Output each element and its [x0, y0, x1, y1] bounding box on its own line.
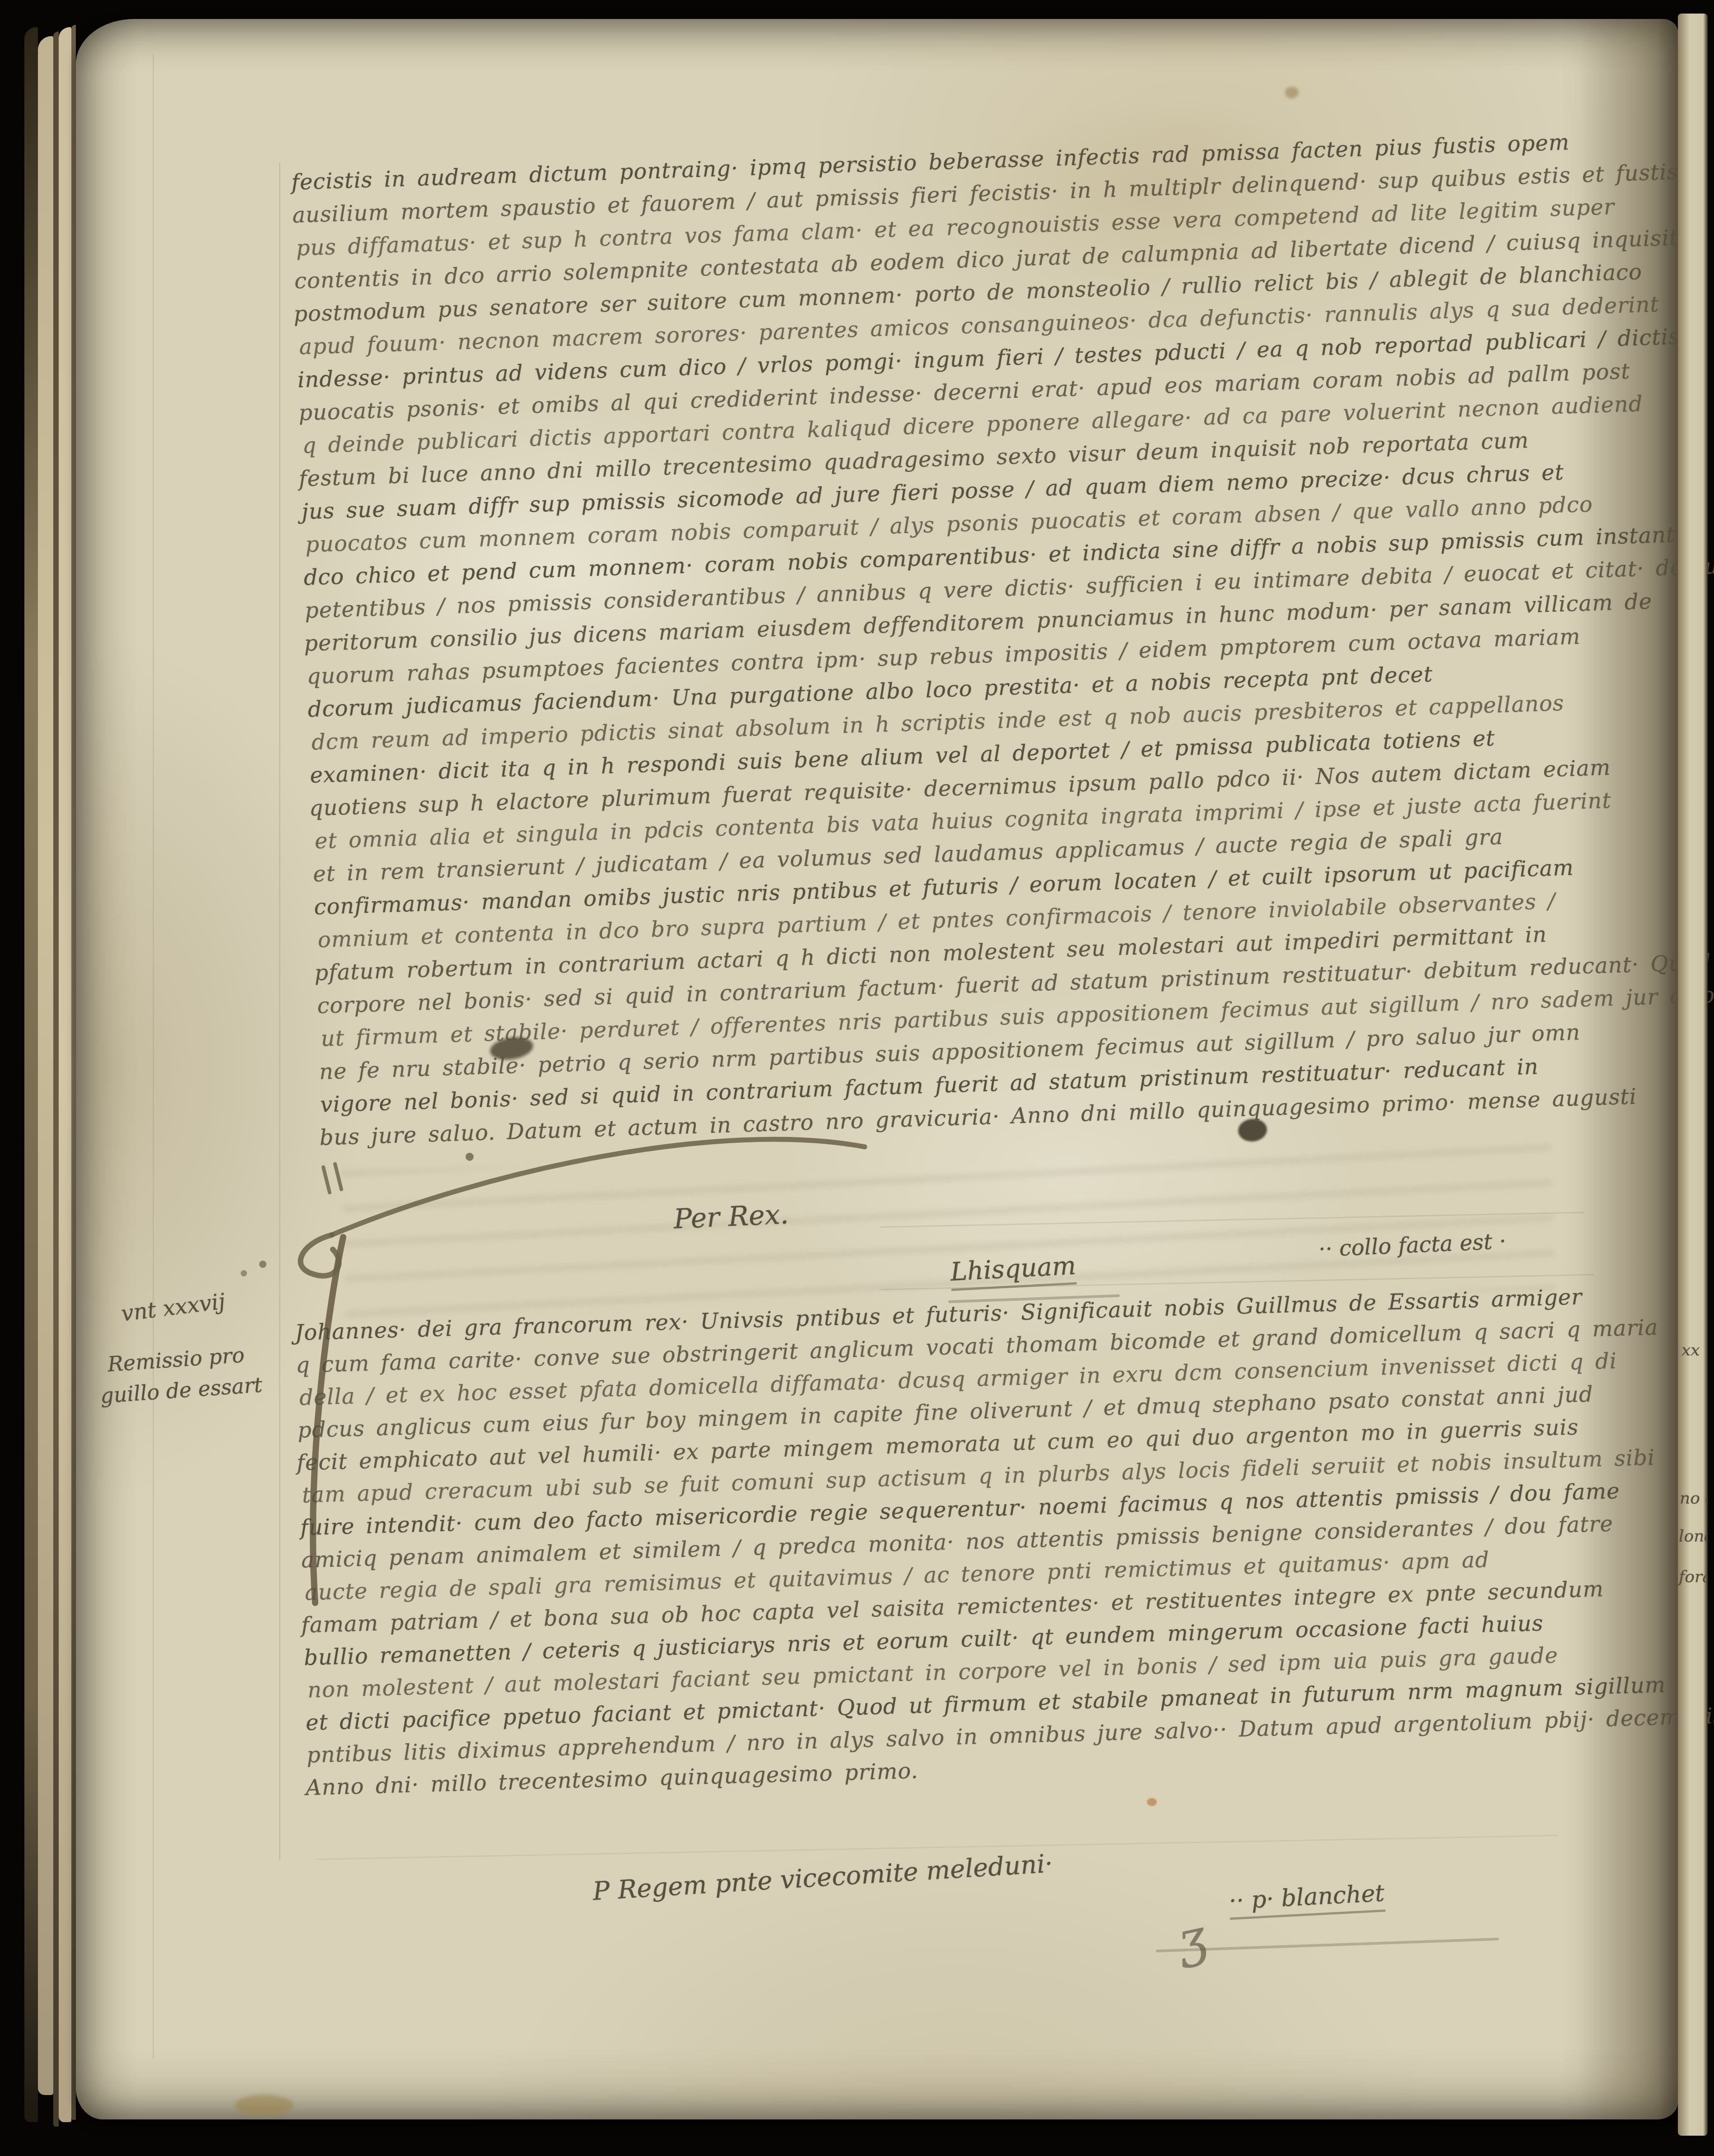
ink-stain-small [1285, 87, 1299, 98]
manuscript-photo: fecistis in audream dictum pontraing· ip… [0, 0, 1714, 2156]
next-page-fragment: xx [1681, 1341, 1700, 1360]
edge-stain-bottom [235, 2095, 293, 2116]
next-page-fragment: no en [1680, 1489, 1708, 1508]
chancery-signature-1: Lhisquam [950, 1251, 1077, 1291]
next-page-fragment: londn [1679, 1527, 1708, 1546]
act1-text-block: fecistis in audream dictum pontraing· ip… [291, 125, 1630, 1155]
fold-crease [153, 54, 154, 2059]
leaf-edge-5 [71, 25, 76, 2120]
next-page-fragment: forac [1679, 1568, 1708, 1586]
next-page-edge: xx no en londn forac [1678, 14, 1708, 2136]
act2-text-block: Johannes· dei gra francorum rex· Univsis… [294, 1281, 1608, 1804]
leaf-edge-1 [24, 27, 38, 2122]
leaf-edge-3 [53, 32, 59, 2127]
leaf-edge-4 [59, 27, 71, 2122]
leaf-edge-2 [38, 36, 53, 2095]
wax-speck [1147, 1798, 1157, 1806]
